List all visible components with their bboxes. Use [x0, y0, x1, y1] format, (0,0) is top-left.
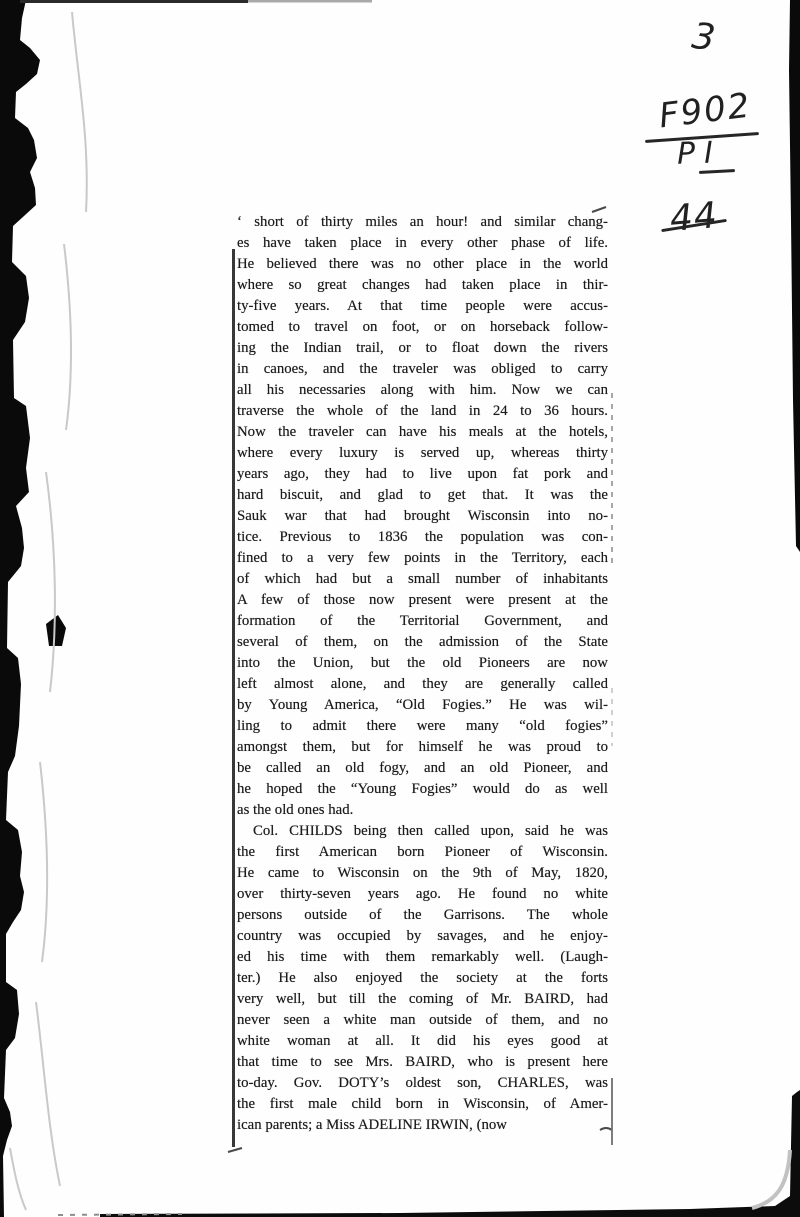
text-line: all his necessaries along with him. Now …	[237, 380, 608, 401]
text-line: white woman at all. It did his eyes good…	[237, 1031, 608, 1052]
corner-crease	[752, 1150, 790, 1208]
column-rule-right-lower	[611, 1078, 613, 1145]
text-line: ‘ short of thirty miles an hour! and sim…	[237, 212, 608, 233]
column-rule-left	[232, 249, 235, 1147]
column-rule-right-upper	[611, 393, 613, 565]
text-line: be called an old fogy, and an old Pionee…	[237, 758, 608, 779]
series-code-underline	[699, 169, 735, 173]
column-rule-right-middle	[611, 688, 613, 746]
text-line: Now the traveler can have his meals at t…	[237, 422, 608, 443]
text-line: es have taken place in every other phase…	[237, 233, 608, 254]
text-line: of which had but a small number of inhab…	[237, 569, 608, 590]
text-line: tomed to travel on foot, or on horseback…	[237, 317, 608, 338]
right-edge-strip-top	[789, 0, 800, 552]
text-line: the first American born Pioneer of Wisco…	[237, 842, 608, 863]
text-line: years ago, they had to live upon fat por…	[237, 464, 608, 485]
ink-blob	[46, 615, 66, 646]
scanned-page: 3 F902 PI 44 ‘ short of thirty miles an …	[0, 0, 800, 1217]
text-line: the first male child born in Wisconsin, …	[237, 1094, 608, 1115]
text-line: ling to admit there were many “old fogie…	[237, 716, 608, 737]
text-line: as the old ones had.	[237, 800, 608, 821]
bottom-edge-dots	[58, 1214, 182, 1215]
text-line: formation of the Territorial Government,…	[237, 611, 608, 632]
text-line: very well, but till the coming of Mr. BA…	[237, 989, 608, 1010]
text-line: several of them, on the admission of the…	[237, 632, 608, 653]
text-line: ty-five years. At that time people were …	[237, 296, 608, 317]
text-line: Col. CHILDS being then called upon, said…	[237, 821, 608, 842]
text-line: left almost alone, and they are generall…	[237, 674, 608, 695]
text-line: where so great changes had taken place i…	[237, 275, 608, 296]
text-line: A few of those now present were present …	[237, 590, 608, 611]
paper-creases	[10, 12, 87, 1210]
text-line: by Young America, “Old Fogies.” He was w…	[237, 695, 608, 716]
text-line: fined to a very few points in the Territ…	[237, 548, 608, 569]
text-line: into the Union, but the old Pioneers are…	[237, 653, 608, 674]
text-line: Sauk war that had brought Wisconsin into…	[237, 506, 608, 527]
text-line: amongst them, but for himself he was pro…	[237, 737, 608, 758]
torn-left-edge	[0, 0, 40, 1217]
text-line: he hoped the “Young Fogies” would do as …	[237, 779, 608, 800]
text-line: where every luxury is served up, whereas…	[237, 443, 608, 464]
text-line: ed his time with them remarkably well. (…	[237, 947, 608, 968]
text-line: tice. Previous to 1836 the population wa…	[237, 527, 608, 548]
text-line: ing the Indian trail, or to float down t…	[237, 338, 608, 359]
text-line: in canoes, and the traveler was obliged …	[237, 359, 608, 380]
article-column: ‘ short of thirty miles an hour! and sim…	[237, 212, 608, 1136]
text-line: country was occupied by savages, and he …	[237, 926, 608, 947]
handwritten-page-number: 3	[690, 19, 717, 58]
text-line: over thirty-seven years ago. He found no…	[237, 884, 608, 905]
text-line: that time to see Mrs. BAIRD, who is pres…	[237, 1052, 608, 1073]
handwritten-catalog-code: F902	[657, 88, 753, 133]
text-line: He came to Wisconsin on the 9th of May, …	[237, 863, 608, 884]
text-line: never seen a white man outside of them, …	[237, 1010, 608, 1031]
text-line: hard biscuit, and glad to get that. It w…	[237, 485, 608, 506]
text-line: persons outside of the Garrisons. The wh…	[237, 905, 608, 926]
text-line: ican parents; a Miss ADELINE IRWIN, (now	[237, 1115, 608, 1136]
handwritten-item-number: 44	[669, 198, 720, 238]
text-line: He believed there was no other place in …	[237, 254, 608, 275]
handwritten-series-code: PI	[676, 138, 722, 170]
text-line: to-day. Gov. DOTY’s oldest son, CHARLES,…	[237, 1073, 608, 1094]
text-line: ter.) He also enjoyed the society at the…	[237, 968, 608, 989]
text-line: traverse the whole of the land in 24 to …	[237, 401, 608, 422]
